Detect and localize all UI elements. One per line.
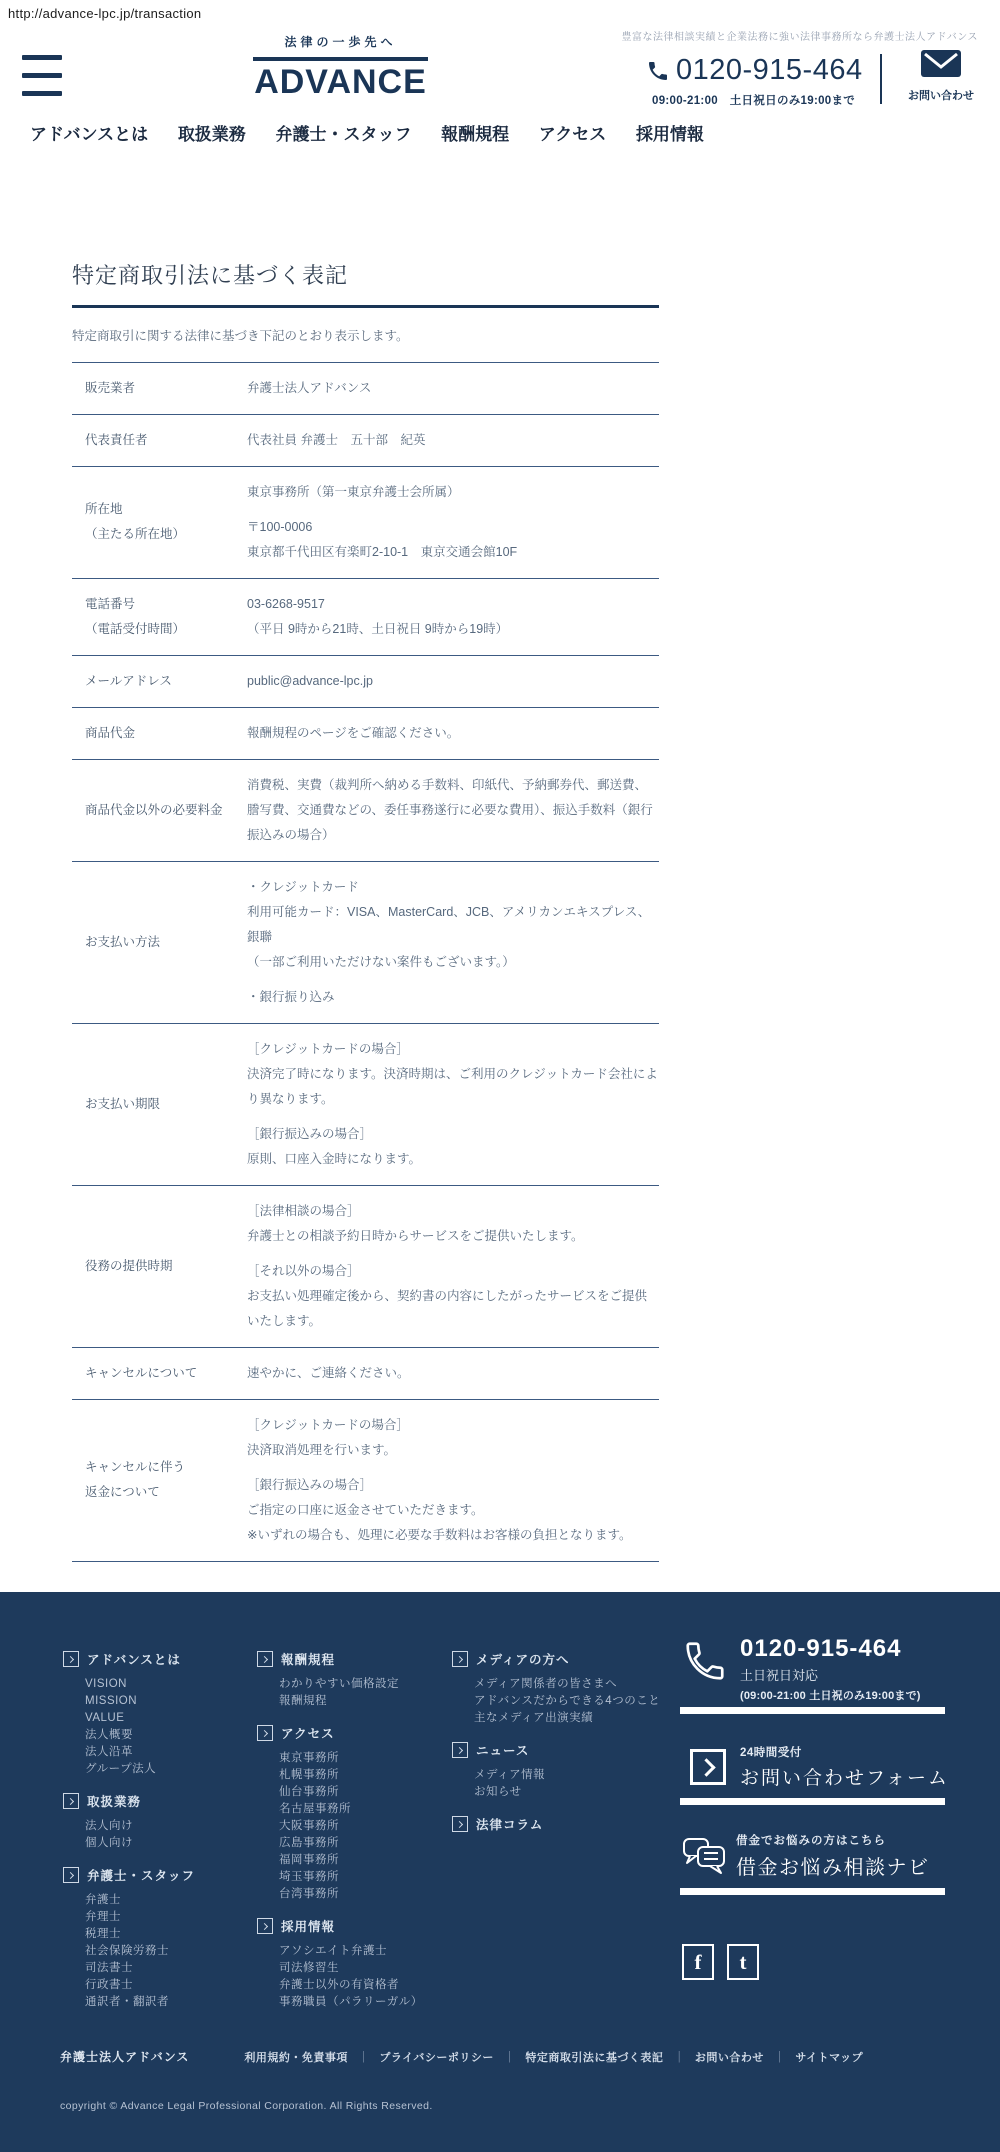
row-value-line: ［クレジットカードの場合］ <box>247 1037 659 1062</box>
table-row: 電話番号（電話受付時間）03-6268-9517（平日 9時から21時、土日祝日… <box>72 579 659 656</box>
table-row: 役務の提供時期［法律相談の場合］弁護士との相談予約日時からサービスをご提供いたし… <box>72 1186 659 1348</box>
footer-section: アクセス東京事務所札幌事務所仙台事務所名古屋事務所大阪事務所広島事務所福岡事務所… <box>257 1724 423 1903</box>
footer-link[interactable]: 法人概要 <box>85 1727 195 1744</box>
row-value-line: 03-6268-9517 <box>247 592 659 617</box>
row-label-line: お支払い期限 <box>85 1092 247 1117</box>
footer-phone-number: 0120-915-464 <box>740 1636 921 1662</box>
site-footer: アドバンスとはVISIONMISSIONVALUE法人概要法人沿革グループ法人取… <box>0 1592 1000 2152</box>
table-row: キャンセルに伴う返金について［クレジットカードの場合］決済取消処理を行います。［… <box>72 1400 659 1562</box>
chevron-right-icon <box>66 1797 73 1804</box>
row-value-group: ［クレジットカードの場合］決済取消処理を行います。 <box>247 1413 659 1463</box>
footer-section: 取扱業務法人向け個人向け <box>63 1792 195 1852</box>
row-value-line: 報酬規程のページをご確認ください。 <box>247 721 659 746</box>
mail-icon <box>921 50 961 77</box>
row-value-line: 〒100-0006 <box>247 515 659 540</box>
footer-divider-bar <box>680 1707 945 1714</box>
row-value-line: ご指定の口座に返金させていただきます。 <box>247 1498 659 1523</box>
footer-section: 弁護士・スタッフ弁護士弁理士税理士社会保険労務士司法書士行政書士通訳者・翻訳者 <box>63 1866 195 2011</box>
footer-link[interactable]: 弁護士以外の有資格者 <box>279 1977 423 1994</box>
legal-link-separator: ｜ <box>673 2052 685 2064</box>
footer-section-items: 法人向け個人向け <box>85 1818 195 1852</box>
chevron-right-icon <box>260 1729 267 1736</box>
legal-link-separator: ｜ <box>358 2052 370 2064</box>
footer-link[interactable]: 札幌事務所 <box>279 1767 423 1784</box>
nav-item-4[interactable]: 報酬規程 <box>441 120 509 145</box>
legal-link-separator: ｜ <box>774 2052 786 2064</box>
table-row: 販売業者弁護士法人アドバンス <box>72 363 659 415</box>
footer-link[interactable]: 報酬規程 <box>279 1693 423 1710</box>
legal-link-5[interactable]: サイトマップ <box>795 2052 863 2064</box>
footer-link[interactable]: グループ法人 <box>85 1761 195 1778</box>
row-value-line: 原則、口座入金時になります。 <box>247 1147 659 1172</box>
row-value: 03-6268-9517（平日 9時から21時、土日祝日 9時から19時） <box>247 592 659 642</box>
row-value-line: 東京事務所（第一東京弁護士会所属） <box>247 480 659 505</box>
footer-section: 採用情報アソシエイト弁護士司法修習生弁護士以外の有資格者事務職員（パラリーガル） <box>257 1917 423 2011</box>
footer-column-2: 報酬規程わかりやすい価格設定報酬規程アクセス東京事務所札幌事務所仙台事務所名古屋… <box>257 1650 423 2025</box>
row-value-group: 報酬規程のページをご確認ください。 <box>247 721 659 746</box>
footer-section-title: 報酬規程 <box>281 1650 335 1668</box>
footer-section-title: ニュース <box>476 1741 529 1759</box>
row-value-line: ※いずれの場合も、処理に必要な手数料はお客様の負担となります。 <box>247 1523 659 1548</box>
chevron-box-icon <box>257 1725 273 1741</box>
row-value-group: 〒100-0006東京都千代田区有楽町2-10-1 東京交通会館10F <box>247 515 659 565</box>
footer-link[interactable]: 台湾事務所 <box>279 1886 423 1903</box>
row-value-group: ［それ以外の場合］お支払い処理確定後から、契約書の内容にしたがったサービスをご提… <box>247 1259 659 1334</box>
row-label: 商品代金以外の必要料金 <box>72 798 247 823</box>
row-label: 商品代金 <box>72 721 247 746</box>
row-value: ［法律相談の場合］弁護士との相談予約日時からサービスをご提供いたします。［それ以… <box>247 1199 659 1334</box>
footer-link[interactable]: アドバンスだからできる4つのこと <box>474 1693 660 1710</box>
facebook-icon[interactable]: f <box>682 1944 714 1980</box>
row-label: 電話番号（電話受付時間） <box>72 592 247 642</box>
table-row: メールアドレスpublic@advance-lpc.jp <box>72 656 659 708</box>
table-row: 商品代金以外の必要料金消費税、実費（裁判所へ納める手数料、印紙代、予納郵券代、郵… <box>72 760 659 862</box>
footer-link[interactable]: 事務職員（パラリーガル） <box>279 1994 423 2011</box>
legal-link-4[interactable]: お問い合わせ <box>695 2052 764 2064</box>
legal-link-2[interactable]: プライバシーポリシー <box>379 2052 493 2064</box>
footer-column-1: アドバンスとはVISIONMISSIONVALUE法人概要法人沿革グループ法人取… <box>63 1650 195 2025</box>
footer-section: メディアの方へメディア関係者の皆さまへアドバンスだからできる4つのこと主なメディ… <box>452 1650 660 1727</box>
legal-link-3[interactable]: 特定商取引法に基づく表記 <box>525 2052 663 2064</box>
logo-underline <box>253 57 428 61</box>
footer-section-items: 東京事務所札幌事務所仙台事務所名古屋事務所大阪事務所広島事務所福岡事務所埼玉事務… <box>279 1750 423 1903</box>
footer-section-header[interactable]: メディアの方へ <box>452 1650 660 1668</box>
footer-phone-hours: (09:00-21:00 土日祝のみ19:00まで) <box>740 1687 921 1703</box>
legal-link-1[interactable]: 利用規約・免責事項 <box>244 2052 348 2064</box>
footer-divider-bar <box>680 1798 945 1805</box>
row-value-group: ・クレジットカード利用可能カード：VISA、MasterCard、JCB、アメリ… <box>247 875 659 975</box>
footer-section-items: 弁護士弁理士税理士社会保険労務士司法書士行政書士通訳者・翻訳者 <box>85 1892 195 2011</box>
row-value-line: ［クレジットカードの場合］ <box>247 1413 659 1438</box>
chevron-box-icon <box>257 1918 273 1934</box>
row-value: ・クレジットカード利用可能カード：VISA、MasterCard、JCB、アメリ… <box>247 875 659 1010</box>
header-phone: 0120-915-464 <box>646 56 863 85</box>
row-value-line: ［銀行振込みの場合］ <box>247 1473 659 1498</box>
row-value: ［クレジットカードの場合］決済取消処理を行います。［銀行振込みの場合］ご指定の口… <box>247 1413 659 1548</box>
row-value: 報酬規程のページをご確認ください。 <box>247 721 659 746</box>
row-value-line: 代表社員 弁護士 五十部 紀英 <box>247 428 659 453</box>
arrow-box-icon <box>690 1749 726 1785</box>
debt-consult-note: 借金でお悩みの方はこちら <box>736 1832 930 1848</box>
footer-section-header[interactable]: 弁護士・スタッフ <box>63 1866 195 1884</box>
row-label-line: キャンセルについて <box>85 1361 247 1386</box>
row-value-line: 消費税、実費（裁判所へ納める手数料、印紙代、予納郵券代、郵送費、謄写費、交通費な… <box>247 773 659 848</box>
row-label: メールアドレス <box>72 669 247 694</box>
row-value-line: ［法律相談の場合］ <box>247 1199 659 1224</box>
row-value-line: 速やかに、ご連絡ください。 <box>247 1361 659 1386</box>
contact-form-button[interactable]: 24時間受付 お問い合わせフォーム <box>690 1744 949 1790</box>
row-value-group: 東京事務所（第一東京弁護士会所属） <box>247 480 659 505</box>
logo-text: ADVANCE <box>253 65 428 99</box>
header-phone-hours: 09:00-21:00 土日祝日のみ19:00まで <box>652 92 855 108</box>
row-value-line: public@advance-lpc.jp <box>247 669 659 694</box>
footer-section-title: 採用情報 <box>281 1917 335 1935</box>
footer-column-3: メディアの方へメディア関係者の皆さまへアドバンスだからできる4つのこと主なメディ… <box>452 1650 660 1847</box>
footer-link[interactable]: 通訳者・翻訳者 <box>85 1994 195 2011</box>
chevron-box-icon <box>452 1651 468 1667</box>
row-value-group: 弁護士法人アドバンス <box>247 376 659 401</box>
chevron-right-icon <box>455 1820 462 1827</box>
row-label-line: 販売業者 <box>85 376 247 401</box>
table-row: キャンセルについて速やかに、ご連絡ください。 <box>72 1348 659 1400</box>
footer-link[interactable]: 行政書士 <box>85 1977 195 1994</box>
header-catchphrase: 豊富な法律相談実績と企業法務に強い法律事務所なら弁護士法人アドバンス <box>548 28 978 43</box>
footer-link[interactable]: 弁理士 <box>85 1909 195 1926</box>
footer-link[interactable]: お知らせ <box>474 1784 660 1801</box>
footer-link[interactable]: 税理士 <box>85 1926 195 1943</box>
footer-section-header[interactable]: 法律コラム <box>452 1815 660 1833</box>
footer-link[interactable]: アソシエイト弁護士 <box>279 1943 423 1960</box>
row-label-line: 商品代金以外の必要料金 <box>85 798 247 823</box>
main-nav: アドバンスとは取扱業務弁護士・スタッフ報酬規程アクセス採用情報 <box>30 120 704 145</box>
chat-bubbles-icon <box>682 1836 726 1876</box>
row-value-line: 弁護士との相談予約日時からサービスをご提供いたします。 <box>247 1224 659 1249</box>
social-links: ft <box>682 1944 759 1980</box>
chevron-right-icon <box>260 1655 267 1662</box>
table-row: 所在地（主たる所在地）東京事務所（第一東京弁護士会所属）〒100-0006東京都… <box>72 467 659 579</box>
footer-divider-bar <box>680 1888 945 1895</box>
footer-section-items: VISIONMISSIONVALUE法人概要法人沿革グループ法人 <box>85 1676 195 1778</box>
header-divider <box>880 54 882 104</box>
footer-legal-row: 弁護士法人アドバンス 利用規約・免責事項｜プライバシーポリシー｜特定商取引法に基… <box>60 2048 863 2065</box>
row-value-group: ［クレジットカードの場合］決済完了時になります。決済時期は、ご利用のクレジットカ… <box>247 1037 659 1112</box>
footer-section-title: アクセス <box>281 1724 335 1742</box>
logo-tagline: 法律の一歩先へ <box>253 33 428 50</box>
hamburger-bar <box>22 55 62 60</box>
footer-link[interactable]: 広島事務所 <box>279 1835 423 1852</box>
row-value-line: ・クレジットカード <box>247 875 659 900</box>
footer-link[interactable]: 弁護士 <box>85 1892 195 1909</box>
row-label-line: 電話番号 <box>85 592 247 617</box>
twitter-icon[interactable]: t <box>727 1944 759 1980</box>
row-value: 消費税、実費（裁判所へ納める手数料、印紙代、予納郵券代、郵送費、謄写費、交通費な… <box>247 773 659 848</box>
row-value: 速やかに、ご連絡ください。 <box>247 1361 659 1386</box>
footer-section-header[interactable]: 取扱業務 <box>63 1792 195 1810</box>
footer-section-title: 弁護士・スタッフ <box>87 1866 195 1884</box>
footer-section-header[interactable]: ニュース <box>452 1741 660 1759</box>
row-value-line: ［銀行振込みの場合］ <box>247 1122 659 1147</box>
footer-section: ニュースメディア情報お知らせ <box>452 1741 660 1801</box>
row-label: 役務の提供時期 <box>72 1254 247 1279</box>
footer-link[interactable]: 福岡事務所 <box>279 1852 423 1869</box>
row-value-group: 代表社員 弁護士 五十部 紀英 <box>247 428 659 453</box>
main-content: 特定商取引法に基づく表記 特定商取引に関する法律に基づき下記のとおり表示します。… <box>72 246 659 1562</box>
footer-link[interactable]: 個人向け <box>85 1835 195 1852</box>
debt-consult-label: 借金お悩み相談ナビ <box>736 1851 930 1880</box>
footer-legal-links: 利用規約・免責事項｜プライバシーポリシー｜特定商取引法に基づく表記｜お問い合わせ… <box>244 2049 863 2065</box>
hamburger-bar <box>22 91 62 96</box>
nav-item-1[interactable]: アドバンスとは <box>30 120 148 145</box>
footer-phone-support: 土日祝日対応 <box>740 1665 921 1684</box>
footer-section: 法律コラム <box>452 1815 660 1833</box>
footer-section-title: メディアの方へ <box>476 1650 570 1668</box>
footer-copyright: copyright © Advance Legal Professional C… <box>60 2100 433 2112</box>
footer-section: 報酬規程わかりやすい価格設定報酬規程 <box>257 1650 423 1710</box>
phone-outline-icon <box>682 1638 728 1684</box>
nav-item-6[interactable]: 採用情報 <box>636 120 704 145</box>
footer-section-title: アドバンスとは <box>87 1650 181 1668</box>
row-value-group: public@advance-lpc.jp <box>247 669 659 694</box>
chevron-right-icon <box>66 1871 73 1878</box>
row-value: public@advance-lpc.jp <box>247 669 659 694</box>
footer-section-items: アソシエイト弁護士司法修習生弁護士以外の有資格者事務職員（パラリーガル） <box>279 1943 423 2011</box>
chevron-right-icon <box>66 1655 73 1662</box>
footer-phone-block[interactable]: 0120-915-464 土日祝日対応 (09:00-21:00 土日祝のみ19… <box>682 1636 921 1703</box>
contact-button-label: お問い合わせ <box>900 87 982 103</box>
footer-link[interactable]: 主なメディア出演実績 <box>474 1710 660 1727</box>
chevron-box-icon <box>63 1867 79 1883</box>
row-value-group: 速やかに、ご連絡ください。 <box>247 1361 659 1386</box>
footer-section-title: 取扱業務 <box>87 1792 141 1810</box>
table-row: 商品代金報酬規程のページをご確認ください。 <box>72 708 659 760</box>
footer-section-header[interactable]: 採用情報 <box>257 1917 423 1935</box>
row-value-group: 03-6268-9517（平日 9時から21時、土日祝日 9時から19時） <box>247 592 659 642</box>
table-row: 代表責任者代表社員 弁護士 五十部 紀英 <box>72 415 659 467</box>
footer-link[interactable]: メディア関係者の皆さまへ <box>474 1676 660 1693</box>
footer-link[interactable]: VISION <box>85 1676 195 1693</box>
chevron-box-icon <box>63 1651 79 1667</box>
legal-link-separator: ｜ <box>504 2052 516 2064</box>
row-label-line: （主たる所在地） <box>85 522 247 547</box>
row-value-line: 利用可能カード：VISA、MasterCard、JCB、アメリカンエキスプレス、… <box>247 900 659 950</box>
row-value-group: ［銀行振込みの場合］原則、口座入金時になります。 <box>247 1122 659 1172</box>
footer-company-name: 弁護士法人アドバンス <box>60 2048 189 2065</box>
footer-section-items: わかりやすい価格設定報酬規程 <box>279 1676 423 1710</box>
row-value-line: （一部ご利用いただけない案件もございます。） <box>247 950 659 975</box>
nav-item-3[interactable]: 弁護士・スタッフ <box>275 120 411 145</box>
intro-text: 特定商取引に関する法律に基づき下記のとおり表示します。 <box>72 326 659 346</box>
nav-item-2[interactable]: 取扱業務 <box>178 120 246 145</box>
row-value-line: ［それ以外の場合］ <box>247 1259 659 1284</box>
row-label: 代表責任者 <box>72 428 247 453</box>
footer-section-items: メディア情報お知らせ <box>474 1767 660 1801</box>
footer-section-header[interactable]: アクセス <box>257 1724 423 1742</box>
chevron-box-icon <box>452 1816 468 1832</box>
footer-section-header[interactable]: アドバンスとは <box>63 1650 195 1668</box>
chevron-box-icon <box>257 1651 273 1667</box>
row-value-group: 消費税、実費（裁判所へ納める手数料、印紙代、予納郵券代、郵送費、謄写費、交通費な… <box>247 773 659 848</box>
footer-section: アドバンスとはVISIONMISSIONVALUE法人概要法人沿革グループ法人 <box>63 1650 195 1778</box>
chevron-right-icon <box>455 1655 462 1662</box>
row-label-line: 商品代金 <box>85 721 247 746</box>
chevron-box-icon <box>452 1742 468 1758</box>
footer-link[interactable]: 司法修習生 <box>279 1960 423 1977</box>
site-logo[interactable]: 法律の一歩先へ ADVANCE <box>253 33 428 99</box>
chevron-right-icon <box>455 1746 462 1753</box>
hamburger-bar <box>22 73 62 78</box>
nav-item-5[interactable]: アクセス <box>539 120 607 145</box>
row-value-line: （平日 9時から21時、土日祝日 9時から19時） <box>247 617 659 642</box>
row-value-line: 決済完了時になります。決済時期は、ご利用のクレジットカード会社により異なります。 <box>247 1062 659 1112</box>
debt-consult-button[interactable]: 借金でお悩みの方はこちら 借金お悩み相談ナビ <box>682 1832 930 1880</box>
table-row: お支払い方法・クレジットカード利用可能カード：VISA、MasterCard、J… <box>72 862 659 1024</box>
row-value-group: ［銀行振込みの場合］ご指定の口座に返金させていただきます。※いずれの場合も、処理… <box>247 1473 659 1548</box>
table-row: お支払い期限［クレジットカードの場合］決済完了時になります。決済時期は、ご利用の… <box>72 1024 659 1186</box>
row-label: 販売業者 <box>72 376 247 401</box>
footer-link[interactable]: 社会保険労務士 <box>85 1943 195 1960</box>
row-value-group: ・銀行振り込み <box>247 985 659 1010</box>
footer-link[interactable]: 法人向け <box>85 1818 195 1835</box>
browser-url: http://advance-lpc.jp/transaction <box>8 6 201 21</box>
row-value: ［クレジットカードの場合］決済完了時になります。決済時期は、ご利用のクレジットカ… <box>247 1037 659 1172</box>
footer-link[interactable]: 埼玉事務所 <box>279 1869 423 1886</box>
footer-link[interactable]: 名古屋事務所 <box>279 1801 423 1818</box>
contact-form-label: お問い合わせフォーム <box>740 1763 949 1790</box>
footer-link[interactable]: VALUE <box>85 1710 195 1727</box>
row-label-line: 役務の提供時期 <box>85 1254 247 1279</box>
footer-link[interactable]: メディア情報 <box>474 1767 660 1784</box>
row-value-line: 弁護士法人アドバンス <box>247 376 659 401</box>
row-label-line: 所在地 <box>85 497 247 522</box>
footer-link[interactable]: 司法書士 <box>85 1960 195 1977</box>
footer-link[interactable]: 大阪事務所 <box>279 1818 423 1835</box>
row-value-line: 決済取消処理を行います。 <box>247 1438 659 1463</box>
row-value-line: ・銀行振り込み <box>247 985 659 1010</box>
footer-link[interactable]: 東京事務所 <box>279 1750 423 1767</box>
row-value-line: 東京都千代田区有楽町2-10-1 東京交通会館10F <box>247 540 659 565</box>
row-value: 代表社員 弁護士 五十部 紀英 <box>247 428 659 453</box>
row-label-line: （電話受付時間） <box>85 617 247 642</box>
row-label-line: 返金について <box>85 1480 247 1505</box>
footer-link[interactable]: わかりやすい価格設定 <box>279 1676 423 1693</box>
footer-section-items: メディア関係者の皆さまへアドバンスだからできる4つのこと主なメディア出演実績 <box>474 1676 660 1727</box>
phone-icon <box>646 59 670 83</box>
transaction-info-table: 販売業者弁護士法人アドバンス代表責任者代表社員 弁護士 五十部 紀英所在地（主た… <box>72 362 659 1562</box>
chevron-box-icon <box>63 1793 79 1809</box>
row-label: お支払い方法 <box>72 930 247 955</box>
row-value-line: お支払い処理確定後から、契約書の内容にしたがったサービスをご提供いたします。 <box>247 1284 659 1334</box>
row-label-line: メールアドレス <box>85 669 247 694</box>
row-value: 東京事務所（第一東京弁護士会所属）〒100-0006東京都千代田区有楽町2-10… <box>247 480 659 565</box>
footer-link[interactable]: 仙台事務所 <box>279 1784 423 1801</box>
row-label: キャンセルについて <box>72 1361 247 1386</box>
footer-link[interactable]: 法人沿革 <box>85 1744 195 1761</box>
page-title: 特定商取引法に基づく表記 <box>72 261 659 308</box>
header-phone-number: 0120-915-464 <box>676 56 863 85</box>
contact-button[interactable]: お問い合わせ <box>900 50 982 103</box>
row-label: キャンセルに伴う返金について <box>72 1455 247 1505</box>
footer-section-title: 法律コラム <box>476 1815 543 1833</box>
row-label-line: お支払い方法 <box>85 930 247 955</box>
hamburger-menu-icon[interactable] <box>22 55 62 109</box>
row-label-line: キャンセルに伴う <box>85 1455 247 1480</box>
row-value: 弁護士法人アドバンス <box>247 376 659 401</box>
chevron-right-icon <box>260 1922 267 1929</box>
row-label: お支払い期限 <box>72 1092 247 1117</box>
footer-section-header[interactable]: 報酬規程 <box>257 1650 423 1668</box>
row-label-line: 代表責任者 <box>85 428 247 453</box>
row-label: 所在地（主たる所在地） <box>72 497 247 547</box>
row-value-group: ［法律相談の場合］弁護士との相談予約日時からサービスをご提供いたします。 <box>247 1199 659 1249</box>
contact-form-note: 24時間受付 <box>740 1744 949 1760</box>
footer-link[interactable]: MISSION <box>85 1693 195 1710</box>
